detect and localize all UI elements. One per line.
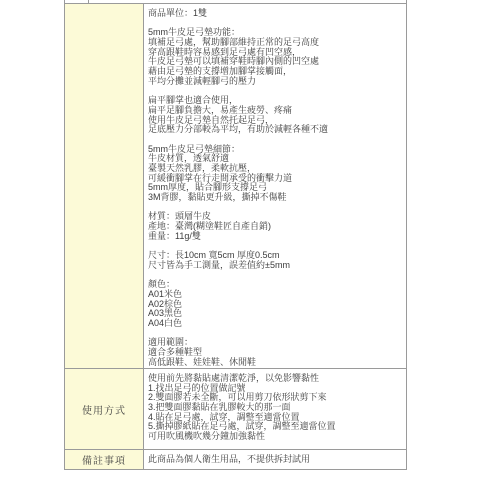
text-line: 顏色： (148, 280, 403, 290)
table-row: 商品單位：1雙 5mm牛皮足弓墊功能：填補足弓處，幫助腳部維持正常的足弓高度穿高… (65, 4, 406, 368)
row-label-cell: 備註事項 (65, 450, 144, 469)
row-label-cell (65, 4, 144, 368)
text-line: A03黑色 (148, 309, 403, 319)
table-row: 備註事項 此商品為個人衛生用品，不提供拆封試用 (65, 449, 406, 469)
text-line: 尺寸皆為手工測量，誤差值約±5mm (148, 261, 403, 271)
text-line: A01米色 (148, 290, 403, 300)
row-content-cell: 此商品為個人衛生用品，不提供拆封試用 (144, 450, 406, 469)
text-line: 平均分攤並減輕腳弓的壓力 (148, 77, 403, 87)
row-label: 備註事項 (82, 452, 126, 467)
text-line: 足底壓力分部較為平均，有助於減輕各種不適 (148, 125, 403, 135)
row-content-cell: 使用前先將黏貼處清潔乾淨，以免影響黏性1.找出足弓的位置做記號2.雙面膠若未全斷… (144, 369, 406, 449)
text-line: 可用吹風機吹幾分鐘加強黏性 (148, 432, 403, 442)
table-row: 使用方式 使用前先將黏貼處清潔乾淨，以免影響黏性1.找出足弓的位置做記號2.雙面… (65, 368, 406, 449)
text-line: A04白色 (148, 319, 403, 329)
product-spec-table: 商品單位：1雙 5mm牛皮足弓墊功能：填補足弓處，幫助腳部維持正常的足弓高度穿高… (64, 3, 407, 470)
row-label-cell: 使用方式 (65, 369, 144, 449)
table-rows: 商品單位：1雙 5mm牛皮足弓墊功能：填補足弓處，幫助腳部維持正常的足弓高度穿高… (65, 4, 406, 469)
text-line: A02棕色 (148, 300, 403, 310)
text-line: 高低跟鞋、娃娃鞋、休閒鞋 (148, 358, 403, 368)
text-line: 此商品為個人衛生用品，不提供拆封試用 (148, 455, 403, 465)
text-line: 3M背膠，黏貼更升級，撕掉不傷鞋 (148, 193, 403, 203)
row-content-cell: 商品單位：1雙 5mm牛皮足弓墊功能：填補足弓處，幫助腳部維持正常的足弓高度穿高… (144, 4, 406, 368)
row-label: 使用方式 (82, 402, 126, 417)
text-line: 重量：11g/雙 (148, 232, 403, 242)
text-line: 商品單位：1雙 (148, 9, 403, 19)
